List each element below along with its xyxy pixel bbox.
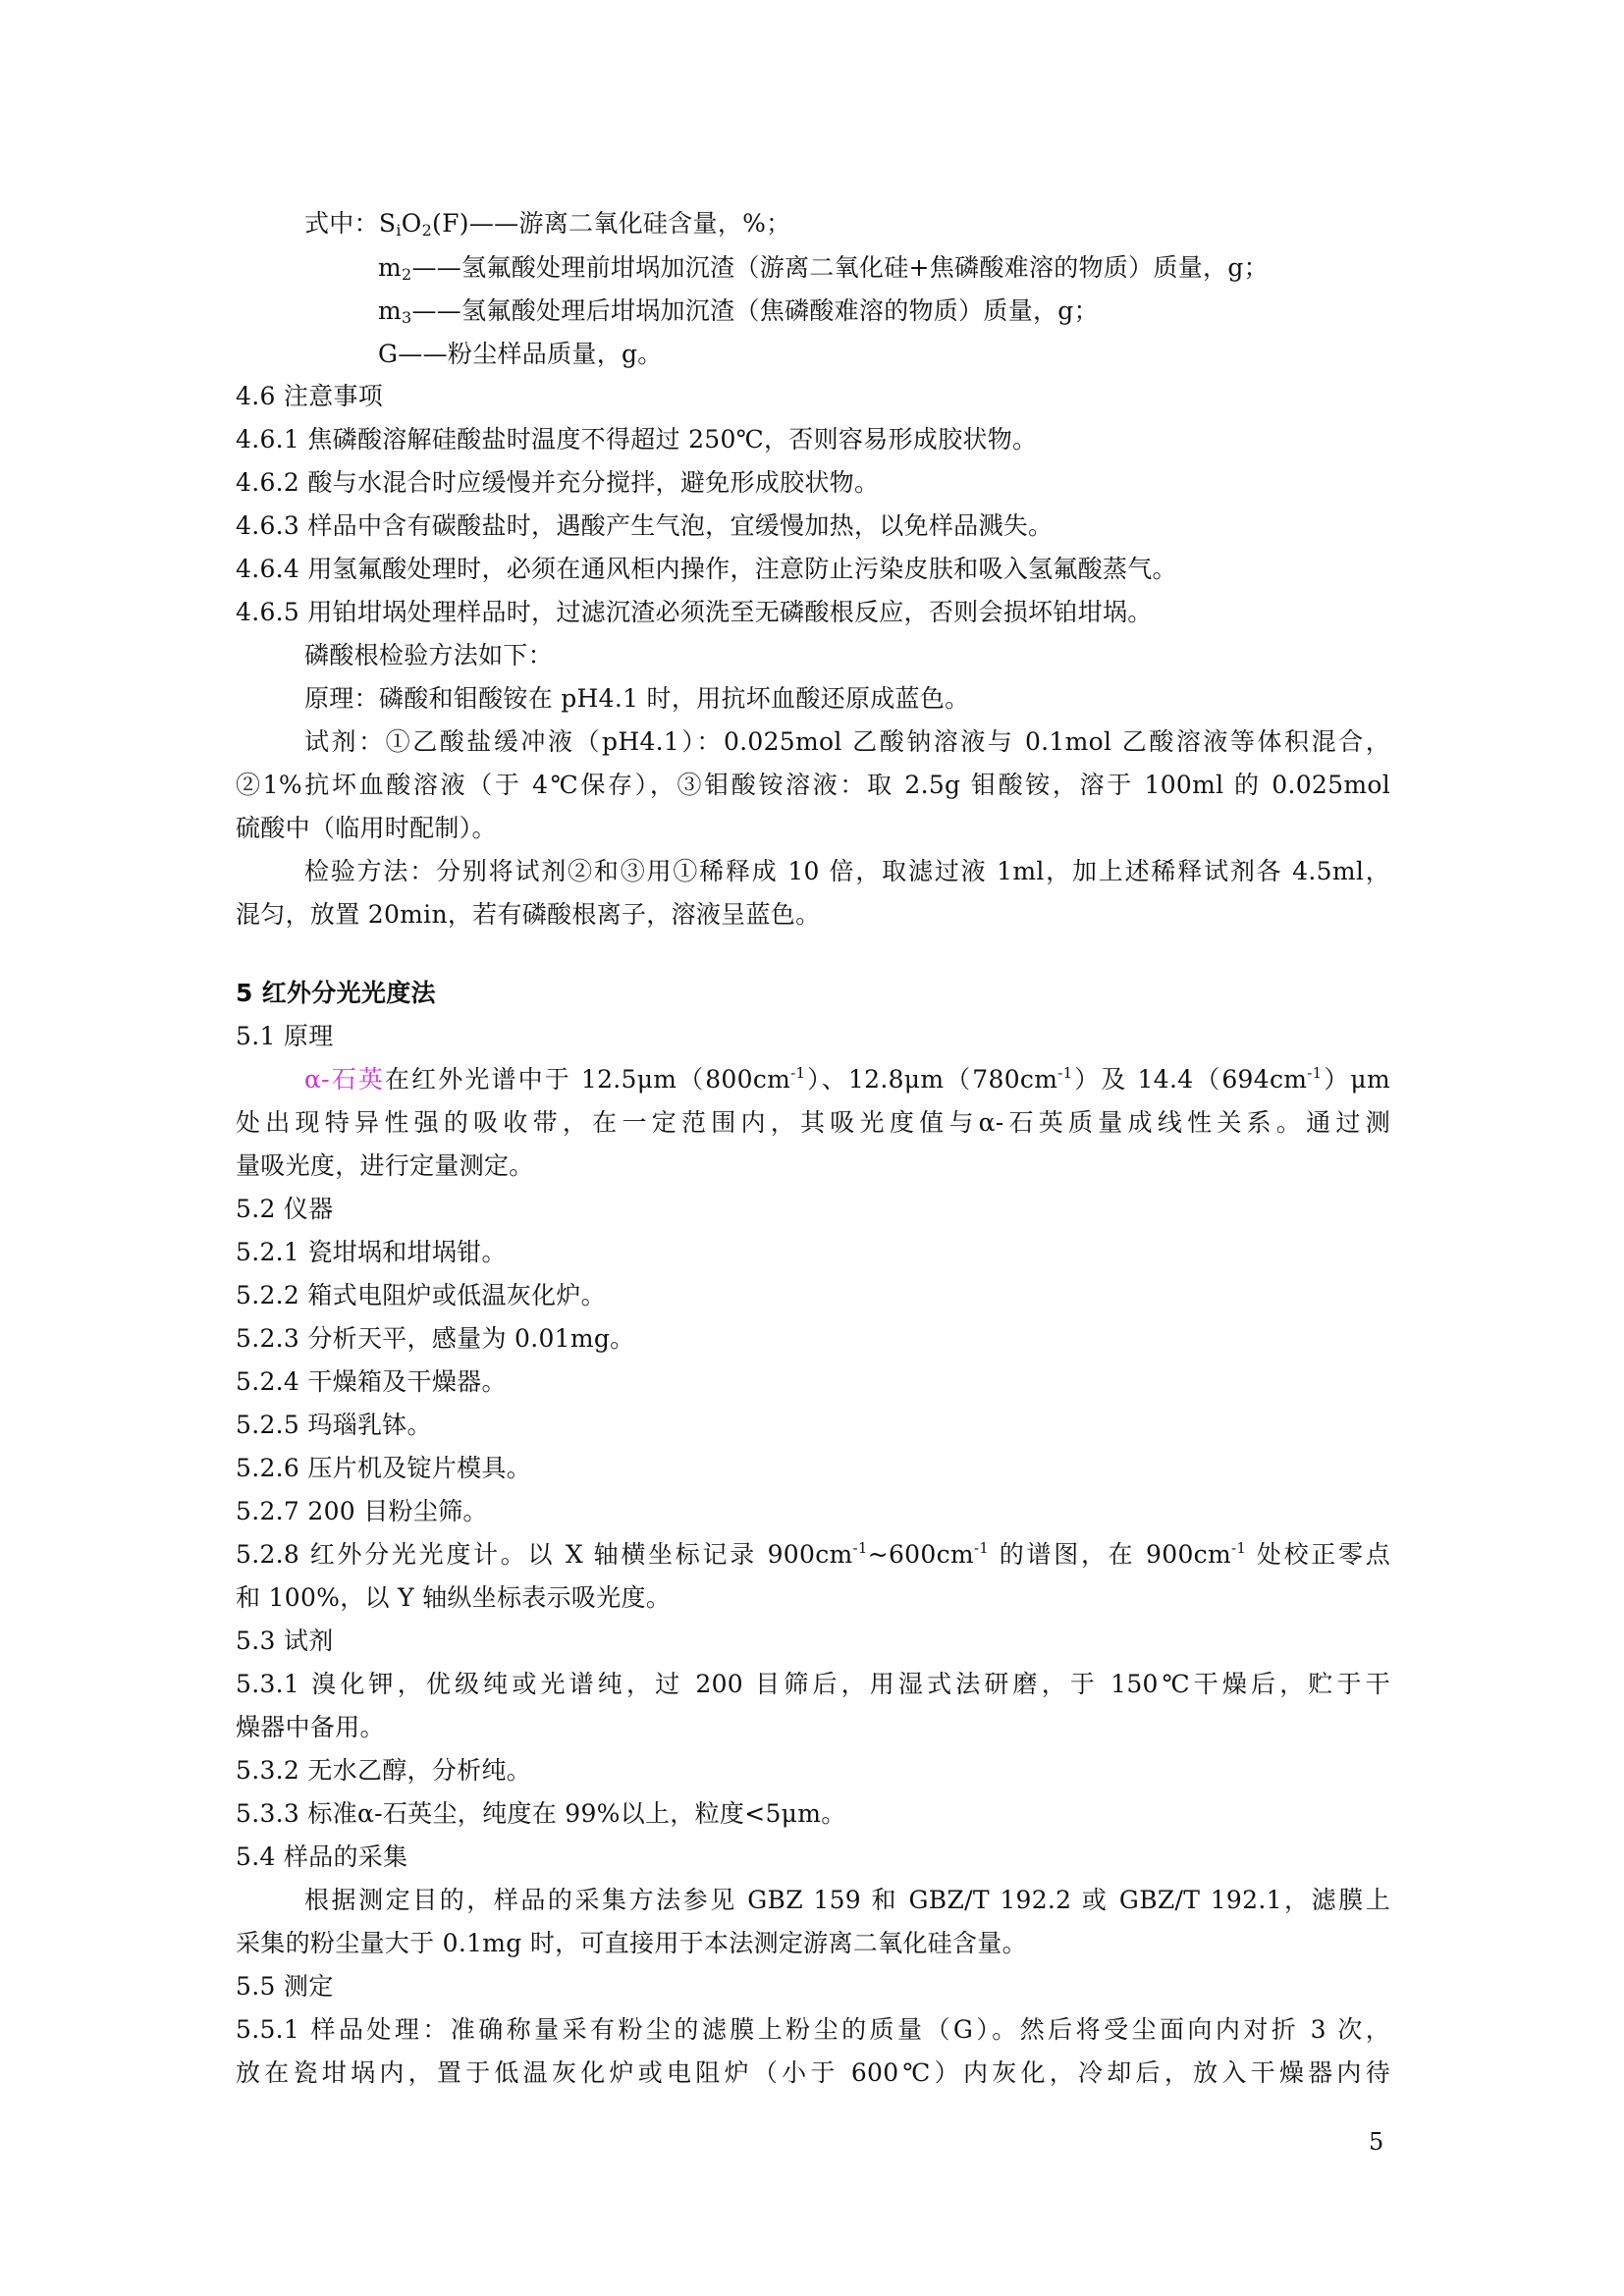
item-5-2-8-line2: 和 100%，以 Y 轴纵坐标表示吸光度。 bbox=[236, 1576, 1390, 1620]
sampling-line1: 根据测定目的，样品的采集方法参见 GBZ 159 和 GBZ/T 192.2 或… bbox=[304, 1879, 1390, 1922]
section-5-4-heading: 5.4 样品的采集 bbox=[236, 1836, 1390, 1879]
item-4-6-3: 4.6.3 样品中含有碳酸盐时，遇酸产生气泡，宜缓慢加热，以免样品溅失。 bbox=[236, 505, 1390, 548]
alpha-quartz-highlight: α-石英 bbox=[304, 1065, 385, 1094]
legend-dash: —— bbox=[469, 209, 519, 238]
phosphate-method-line1: 检验方法：分别将试剂②和③用①稀释成 10 倍，取滤过液 1ml，加上述稀释试剂… bbox=[304, 850, 1390, 893]
item-5-3-3: 5.3.3 标准α-石英尘，纯度在 99%以上，粒度<5μm。 bbox=[236, 1792, 1390, 1836]
superscript: -1 bbox=[1057, 1064, 1072, 1082]
symbol-o: O bbox=[402, 209, 422, 238]
phosphate-method-line2: 混匀，放置 20min，若有磷酸根离子，溶液呈蓝色。 bbox=[236, 893, 1390, 936]
section-4-6-heading: 4.6 注意事项 bbox=[236, 375, 1390, 418]
item-4-6-1: 4.6.1 焦磷酸溶解硅酸盐时温度不得超过 250℃，否则容易形成胶状物。 bbox=[236, 418, 1390, 461]
principle-text: ）及 14.4（694cm bbox=[1072, 1065, 1307, 1094]
formula-legend-line-sio2: 式中：SiO2(F)——游离二氧化硅含量，%； bbox=[304, 202, 1390, 245]
item-5-3-2: 5.3.2 无水乙醇，分析纯。 bbox=[236, 1749, 1390, 1792]
superscript: -1 bbox=[1307, 1064, 1322, 1082]
superscript: -1 bbox=[853, 1539, 868, 1557]
symbol-sub: 2 bbox=[402, 265, 411, 284]
item-5-2-1: 5.2.1 瓷坩埚和坩埚钳。 bbox=[236, 1231, 1390, 1274]
item-4-6-4: 4.6.4 用氢氟酸处理时，必须在通风柜内操作，注意防止污染皮肤和吸入氢氟酸蒸气… bbox=[236, 548, 1390, 591]
item-4-6-2: 4.6.2 酸与水混合时应缓慢并充分搅拌，避免形成胶状物。 bbox=[236, 461, 1390, 505]
superscript: -1 bbox=[974, 1539, 989, 1557]
item-text: 处校正零点 bbox=[1246, 1540, 1390, 1569]
document-page: 式中：SiO2(F)——游离二氧化硅含量，%； m2——氢氟酸处理前坩埚加沉渣（… bbox=[0, 0, 1624, 2296]
item-5-5-1-line1: 5.5.1 样品处理：准确称量采有粉尘的滤膜上粉尘的质量（G）。然后将受尘面向内… bbox=[236, 2008, 1390, 2052]
superscript: -1 bbox=[790, 1064, 805, 1082]
sampling-line2: 采集的粉尘量大于 0.1mg 时，可直接用于本法测定游离二氧化硅含量。 bbox=[236, 1922, 1390, 1965]
legend-desc: 氢氟酸处理前坩埚加沉渣（游离二氧化硅+焦磷酸难溶的物质）质量，g； bbox=[461, 253, 1269, 282]
item-5-2-2: 5.2.2 箱式电阻炉或低温灰化炉。 bbox=[236, 1274, 1390, 1317]
symbol-s: S bbox=[379, 209, 396, 238]
section-5-heading: 5 红外分光光度法 bbox=[236, 972, 1390, 1015]
symbol-sub: 3 bbox=[402, 308, 411, 327]
section-5-5-heading: 5.5 测定 bbox=[236, 1965, 1390, 2008]
formula-legend-line-m2: m2——氢氟酸处理前坩埚加沉渣（游离二氧化硅+焦磷酸难溶的物质）质量，g； bbox=[378, 246, 1399, 290]
symbol-m: m bbox=[378, 253, 402, 282]
item-4-6-5: 4.6.5 用铂坩埚处理样品时，过滤沉渣必须洗至无磷酸根反应，否则会损坏铂坩埚。 bbox=[236, 591, 1390, 634]
item-text: ~600cm bbox=[868, 1540, 974, 1569]
section-5-2-heading: 5.2 仪器 bbox=[236, 1188, 1390, 1231]
phosphate-test-intro: 磷酸根检验方法如下： bbox=[304, 634, 1390, 677]
legend-dash: —— bbox=[412, 253, 462, 282]
item-5-3-1-line1: 5.3.1 溴化钾，优级纯或光谱纯，过 200 目筛后，用湿式法研磨，于 150… bbox=[236, 1663, 1390, 1706]
symbol-m: m bbox=[378, 296, 402, 325]
symbol-f: (F) bbox=[432, 209, 469, 238]
phosphate-reagents-line3: 硫酸中（临用时配制）。 bbox=[236, 807, 1390, 850]
principle-text: 在红外光谱中于 12.5μm（800cm bbox=[385, 1065, 790, 1094]
item-5-2-5: 5.2.5 玛瑙乳钵。 bbox=[236, 1404, 1390, 1447]
principle-text: ）μm bbox=[1323, 1065, 1391, 1094]
legend-desc: 游离二氧化硅含量，%； bbox=[518, 209, 790, 238]
section-5-3-heading: 5.3 试剂 bbox=[236, 1620, 1390, 1663]
section-5-1-heading: 5.1 原理 bbox=[236, 1015, 1390, 1058]
phosphate-reagents-line1: 试剂：①乙酸盐缓冲液（pH4.1）：0.025mol 乙酸钠溶液与 0.1mol… bbox=[304, 721, 1390, 764]
phosphate-reagents-line2: ②1%抗坏血酸溶液（于 4℃保存），③钼酸铵溶液：取 2.5g 钼酸铵，溶于 1… bbox=[236, 764, 1390, 807]
principle-line1: α-石英在红外光谱中于 12.5μm（800cm-1）、12.8μm（780cm… bbox=[304, 1058, 1390, 1101]
item-5-2-4: 5.2.4 干燥箱及干燥器。 bbox=[236, 1361, 1390, 1404]
legend-desc: 粉尘样品质量，g。 bbox=[448, 340, 663, 368]
phosphate-test-principle: 原理：磷酸和钼酸铵在 pH4.1 时，用抗坏血酸还原成蓝色。 bbox=[304, 677, 1390, 721]
item-5-2-3: 5.2.3 分析天平，感量为 0.01mg。 bbox=[236, 1317, 1390, 1361]
legend-intro: 式中： bbox=[304, 209, 379, 238]
item-text: 的谱图，在 900cm bbox=[989, 1540, 1231, 1569]
item-5-2-8-line1: 5.2.8 红外分光光度计。以 X 轴横坐标记录 900cm-1~600cm-1… bbox=[236, 1533, 1390, 1576]
legend-dash: —— bbox=[412, 296, 462, 325]
formula-legend-line-m3: m3——氢氟酸处理后坩埚加沉渣（焦磷酸难溶的物质）质量，g； bbox=[378, 290, 1399, 333]
item-5-2-7: 5.2.7 200 目粉尘筛。 bbox=[236, 1490, 1390, 1533]
superscript: -1 bbox=[1231, 1539, 1246, 1557]
legend-desc: 氢氟酸处理后坩埚加沉渣（焦磷酸难溶的物质）质量，g； bbox=[461, 296, 1099, 325]
principle-text: ）、12.8μm（780cm bbox=[805, 1065, 1057, 1094]
formula-legend-line-g: G——粉尘样品质量，g。 bbox=[378, 333, 1399, 376]
principle-line2: 处出现特异性强的吸收带，在一定范围内，其吸光度值与α-石英质量成线性关系。通过测 bbox=[236, 1101, 1390, 1145]
principle-line3: 量吸光度，进行定量测定。 bbox=[236, 1145, 1390, 1188]
item-5-2-6: 5.2.6 压片机及锭片模具。 bbox=[236, 1447, 1390, 1490]
page-number: 5 bbox=[1369, 2128, 1383, 2156]
legend-dash: —— bbox=[398, 340, 448, 368]
item-text: 5.2.8 红外分光光度计。以 X 轴横坐标记录 900cm bbox=[236, 1540, 853, 1569]
symbol-g: G bbox=[378, 340, 398, 368]
item-5-3-1-line2: 燥器中备用。 bbox=[236, 1706, 1390, 1749]
item-5-5-1-line2: 放在瓷坩埚内，置于低温灰化炉或电阻炉（小于 600℃）内灰化，冷却后，放入干燥器… bbox=[236, 2052, 1390, 2095]
symbol-sub-2: 2 bbox=[422, 221, 432, 240]
